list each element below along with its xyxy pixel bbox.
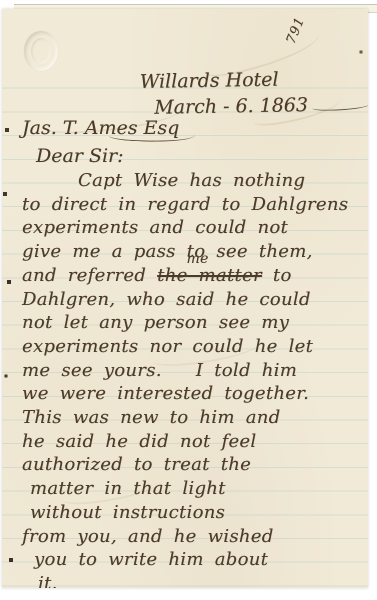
letter-line: matter in that light [30,477,366,501]
letter-line: authorized to treat the [22,453,366,477]
letter-text: experiments and could not [22,217,288,238]
letter-text: from you, and he wished [22,526,274,547]
letter-text: we were interested together. [22,383,309,404]
letter-text: Capt Wise has nothing [78,170,305,191]
embossed-seal-icon [24,31,58,71]
letter-line: he said he did not feel [22,430,366,454]
letter-text: I told him [196,360,297,381]
letter-heading: Willards Hotel March - 6. 1863 [140,65,368,121]
letter-line: you to write him about [34,548,366,572]
struck-text: the matterme [157,265,262,286]
letter-text: it. [38,573,58,588]
letter-line: me see yours.I told him [22,359,366,383]
letter-photo: 791 Willards Hotel March - 6. 1863 Jas. … [0,0,377,600]
letter-date: March - 6. 1863 [154,94,308,119]
letter-body: Capt Wise has nothingto direct in regard… [22,169,366,588]
letter-salutation: Dear Sir: [36,145,124,167]
letter-text: you to write him about [34,549,268,570]
letter-text: experiments nor could he let [22,336,313,357]
letter-text: Dahlgren, who said he could [22,289,311,310]
letter-text: not let any person see my [22,312,289,333]
letter-line: Dahlgren, who said he could [22,288,366,312]
letter-text: give me a pass to see them, [22,241,313,262]
letter-line: it. [38,572,366,588]
letter-line: experiments and could not [22,216,366,240]
letter-line: from you, and he wished [22,525,366,549]
letter-line: Capt Wise has nothing [78,169,366,193]
letter-text: to [262,265,292,286]
letter-text: to direct in regard to Dahlgrens [22,194,348,215]
letter-paper: 791 Willards Hotel March - 6. 1863 Jas. … [2,9,368,588]
letter-recipient-row: Jas. T. Ames Esq [22,117,195,139]
letter-text: without instructions [30,502,225,523]
letter-place: Willards Hotel [140,65,368,95]
letter-text: me see yours. [22,360,162,381]
letter-line: not let any person see my [22,311,366,335]
letter-line: This was new to him and [22,406,366,430]
letter-text: and referred [22,265,157,286]
flourish [109,127,196,144]
letter-text: authorized to treat the [22,454,251,475]
letter-text: he said he did not feel [22,431,256,452]
flourish [312,101,368,111]
ink-specks [2,9,4,11]
letter-line: we were interested together. [22,382,366,406]
letter-line: experiments nor could he let [22,335,366,359]
letter-line: and referred the matterme to [22,264,366,288]
letter-text: This was new to him and [22,407,280,428]
inserted-word: me [186,252,208,266]
letter-line: to direct in regard to Dahlgrens [22,193,366,217]
letter-line: without instructions [30,501,366,525]
letter-text: matter in that light [30,478,226,499]
